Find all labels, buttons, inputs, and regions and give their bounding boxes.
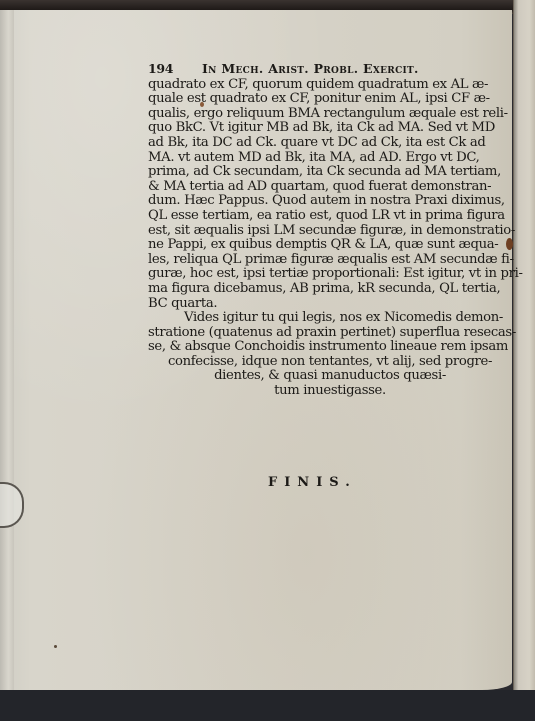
text-line: se, & absque Conchoidis instrumento line…	[148, 340, 512, 355]
text-line: Vides igitur tu qui legis, nos ex Nicome…	[148, 311, 512, 326]
text-line: est, sit æqualis ipsi LM secundæ figuræ,…	[148, 224, 512, 239]
text-line: MA. vt autem MD ad Bk, ita MA, ad AD. Er…	[148, 151, 512, 166]
text-line: tum inuestigasse.	[148, 384, 512, 399]
page-number: 194	[148, 62, 202, 77]
page-left-edge	[0, 10, 14, 690]
page-header: 194 In Mech. Arist. Probl. Exercit.	[148, 62, 512, 77]
foxing-stain	[54, 645, 57, 648]
text-block: 194 In Mech. Arist. Probl. Exercit. quad…	[148, 62, 512, 399]
text-line: prima, ad Ck secundam, ita Ck secunda ad…	[148, 165, 512, 180]
text-line: dientes, & quasi manuductos quæsi-	[148, 369, 512, 384]
paragraph-1: quadrato ex CF, quorum quidem quadratum …	[148, 78, 512, 312]
text-line: & MA tertia ad AD quartam, quod fuerat d…	[148, 180, 512, 195]
finis-heading: FINIS.	[268, 475, 357, 490]
text-line: ma figura dicebamus, AB prima, kR secund…	[148, 282, 512, 297]
text-line: QL esse tertiam, ea ratio est, quod LR v…	[148, 209, 512, 224]
text-line: confecisse, idque non tentantes, vt alij…	[148, 355, 512, 370]
text-line: les, reliqua QL primæ figuræ æqualis est…	[148, 253, 512, 268]
scan-background	[0, 690, 535, 721]
text-line: ad Bk, ita DC ad Ck. quare vt DC ad Ck, …	[148, 136, 512, 151]
adjacent-page-edge	[513, 0, 535, 700]
text-line: quo BkC. Vt igitur MB ad Bk, ita Ck ad M…	[148, 121, 512, 136]
text-line: quadrato ex CF, quorum quidem quadratum …	[148, 78, 512, 93]
text-line: qualis, ergo reliquum BMA rectangulum æq…	[148, 107, 512, 122]
text-line: dum. Hæc Pappus. Quod autem in nostra Pr…	[148, 194, 512, 209]
paragraph-2: Vides igitur tu qui legis, nos ex Nicome…	[148, 311, 512, 399]
text-line: BC quarta.	[148, 297, 512, 312]
text-line: ne Pappi, ex quibus demptis QR & LA, quæ…	[148, 238, 512, 253]
running-head: In Mech. Arist. Probl. Exercit.	[202, 62, 419, 77]
text-line: quale est quadrato ex CF, ponitur enim A…	[148, 92, 512, 107]
text-line: guræ, hoc est, ipsi tertiæ proportionali…	[148, 267, 512, 282]
text-line: stratione (quatenus ad praxin pertinet) …	[148, 326, 512, 341]
